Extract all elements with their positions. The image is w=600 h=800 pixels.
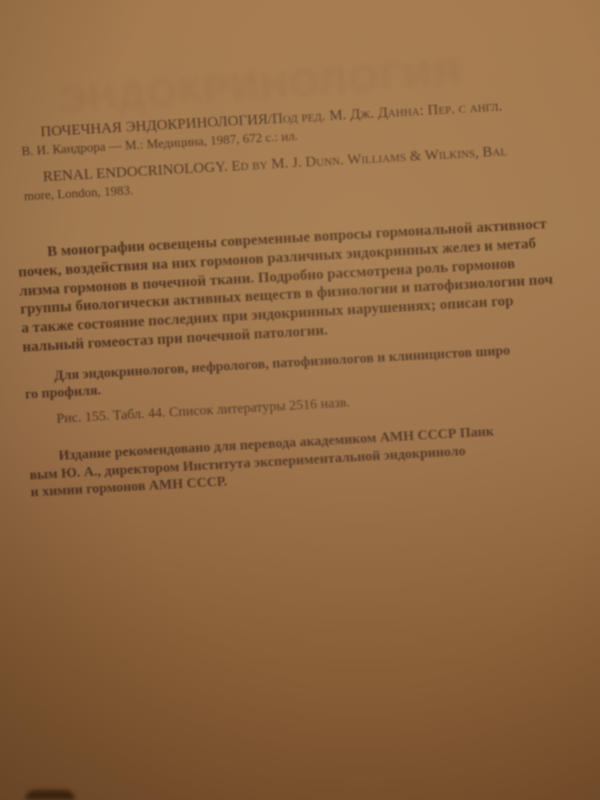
recommendation-paragraph: Издание рекомендовано для перевода акаде… bbox=[28, 414, 600, 502]
book-page: ПОЧЕЧНАЯ ЭНДОКРИНОЛОГИЯ/Под ред. М. Дж. … bbox=[10, 89, 600, 502]
page-edge-shadow bbox=[25, 790, 75, 800]
annotation-paragraph: В монографии освещены современные вопрос… bbox=[17, 209, 600, 357]
